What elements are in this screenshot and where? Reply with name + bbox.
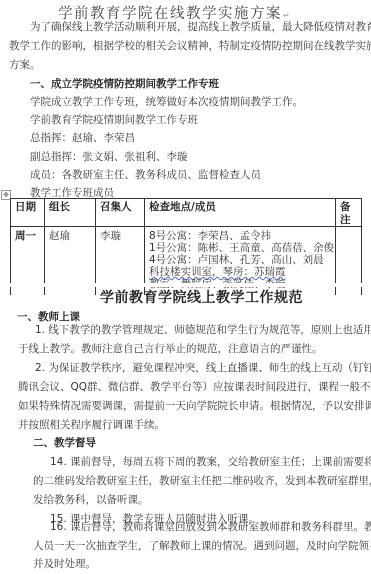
doc1-intro-line-2: 教学工作的影响，根据学校的相关会议精神，特制定疫情防控期间在线教学实施 [9, 39, 371, 53]
table-col-divider [144, 199, 145, 295]
doc1-section1-line-1: 学院成立教学工作专班，统筹做好本次疫情期间教学工作。 [30, 95, 303, 109]
doc1-section1-line-2: 学前教育学院疫情期间教学工作专班 [30, 113, 198, 127]
doc2-item1-line-1: 1. 线下教学的教学管理规定、师德规范和学生行为规范等，原则上也适用 [35, 323, 371, 337]
doc2-item14-line-1: 14. 课前督导，每周五将下周的教案，交给教研室主任；上课前需要将老师 [50, 455, 371, 469]
doc2-item14-line-3: 发给教务科，以备听课。 [33, 493, 149, 507]
doc2-item16-line-1: 16. 课后督导，教师将课堂回放发到本教研室教师群和教务科群里。教务科 [50, 520, 371, 534]
table-col-divider [95, 199, 96, 295]
paragraph-mark-icon: ↵ [283, 11, 291, 20]
doc1-intro-line-3: 方案。 [9, 58, 41, 72]
table-header-locations: 检查地点/成员 [149, 201, 216, 214]
doc2-item2-line-1: 2. 为保证教学秩序，避免课程冲突，线上直播课、师生的线上互动（钉钉、 [35, 361, 371, 375]
doc1-members: 成员：各教研室主任、教务科成员、监督检查人员 [30, 168, 261, 182]
doc2-item1-line-2: 于线上教学。教师注意自己言行举止的规范，注意语言的严谨性。 [18, 342, 323, 356]
doc2-item2-line-4: 并按照相关程序履行调课手续。 [18, 418, 165, 432]
table-header-leader: 组长 [49, 201, 70, 214]
doc2-item14-line-2: 的二维码发给教研室主任，教研室主任把二维码收齐，发到本教研室群里，同时 [33, 474, 371, 488]
table-cell-convener: 李璇 [100, 230, 121, 243]
table-row-divider [11, 226, 361, 227]
doc2-section2-heading: 二、教学督导 [33, 435, 96, 450]
doc1-commander: 总指挥：赵瑜、李荣昌 [30, 131, 135, 145]
doc1-section1-heading: 一、成立学院疫情防控期间教学工作专班 [30, 76, 219, 91]
doc2-item16-line-2: 人员一天一次抽查学生，了解教师上课的情况。遇到问题，及时向学院领导反应 [33, 539, 371, 553]
doc1-deputy-commander: 副总指挥：张文娟、张祖利、李璇 [30, 150, 188, 164]
doc2-section1-heading: 一、教师上课 [17, 309, 80, 324]
table-col-divider [335, 199, 336, 295]
staff-table: 日期 组长 召集人 检查地点/成员 备注 周一 赵瑜 李璇 8号公寓：李荣昌、孟… [10, 198, 362, 295]
table-header-convener: 召集人 [100, 201, 132, 214]
doc2-item2-line-3: 如果特殊情况需要调课，需提前一天向学院院长申请。根据情况，予以安排调整， [18, 399, 371, 413]
table-col-divider [44, 199, 45, 295]
table-header-date: 日期 [15, 201, 36, 214]
doc1-intro-line-1: 为了确保线上教学活动顺利开展，提高线上教学质量，最大降低疫情对教育 [30, 20, 371, 34]
doc2-item16-line-3: 并及时处理。 [33, 557, 96, 571]
table-cell-date: 周一 [15, 230, 36, 243]
table-header-note: 备注 [340, 201, 354, 227]
doc2-title: 学前教育学院线上教学工作规范 [100, 287, 303, 307]
table-cell-leader: 赵瑜 [49, 230, 70, 243]
doc2-item2-line-2: 腾讯会议、QQ群、微信群、教学平台等）应按课表时间段进行，课程一般不调课， [18, 380, 371, 394]
